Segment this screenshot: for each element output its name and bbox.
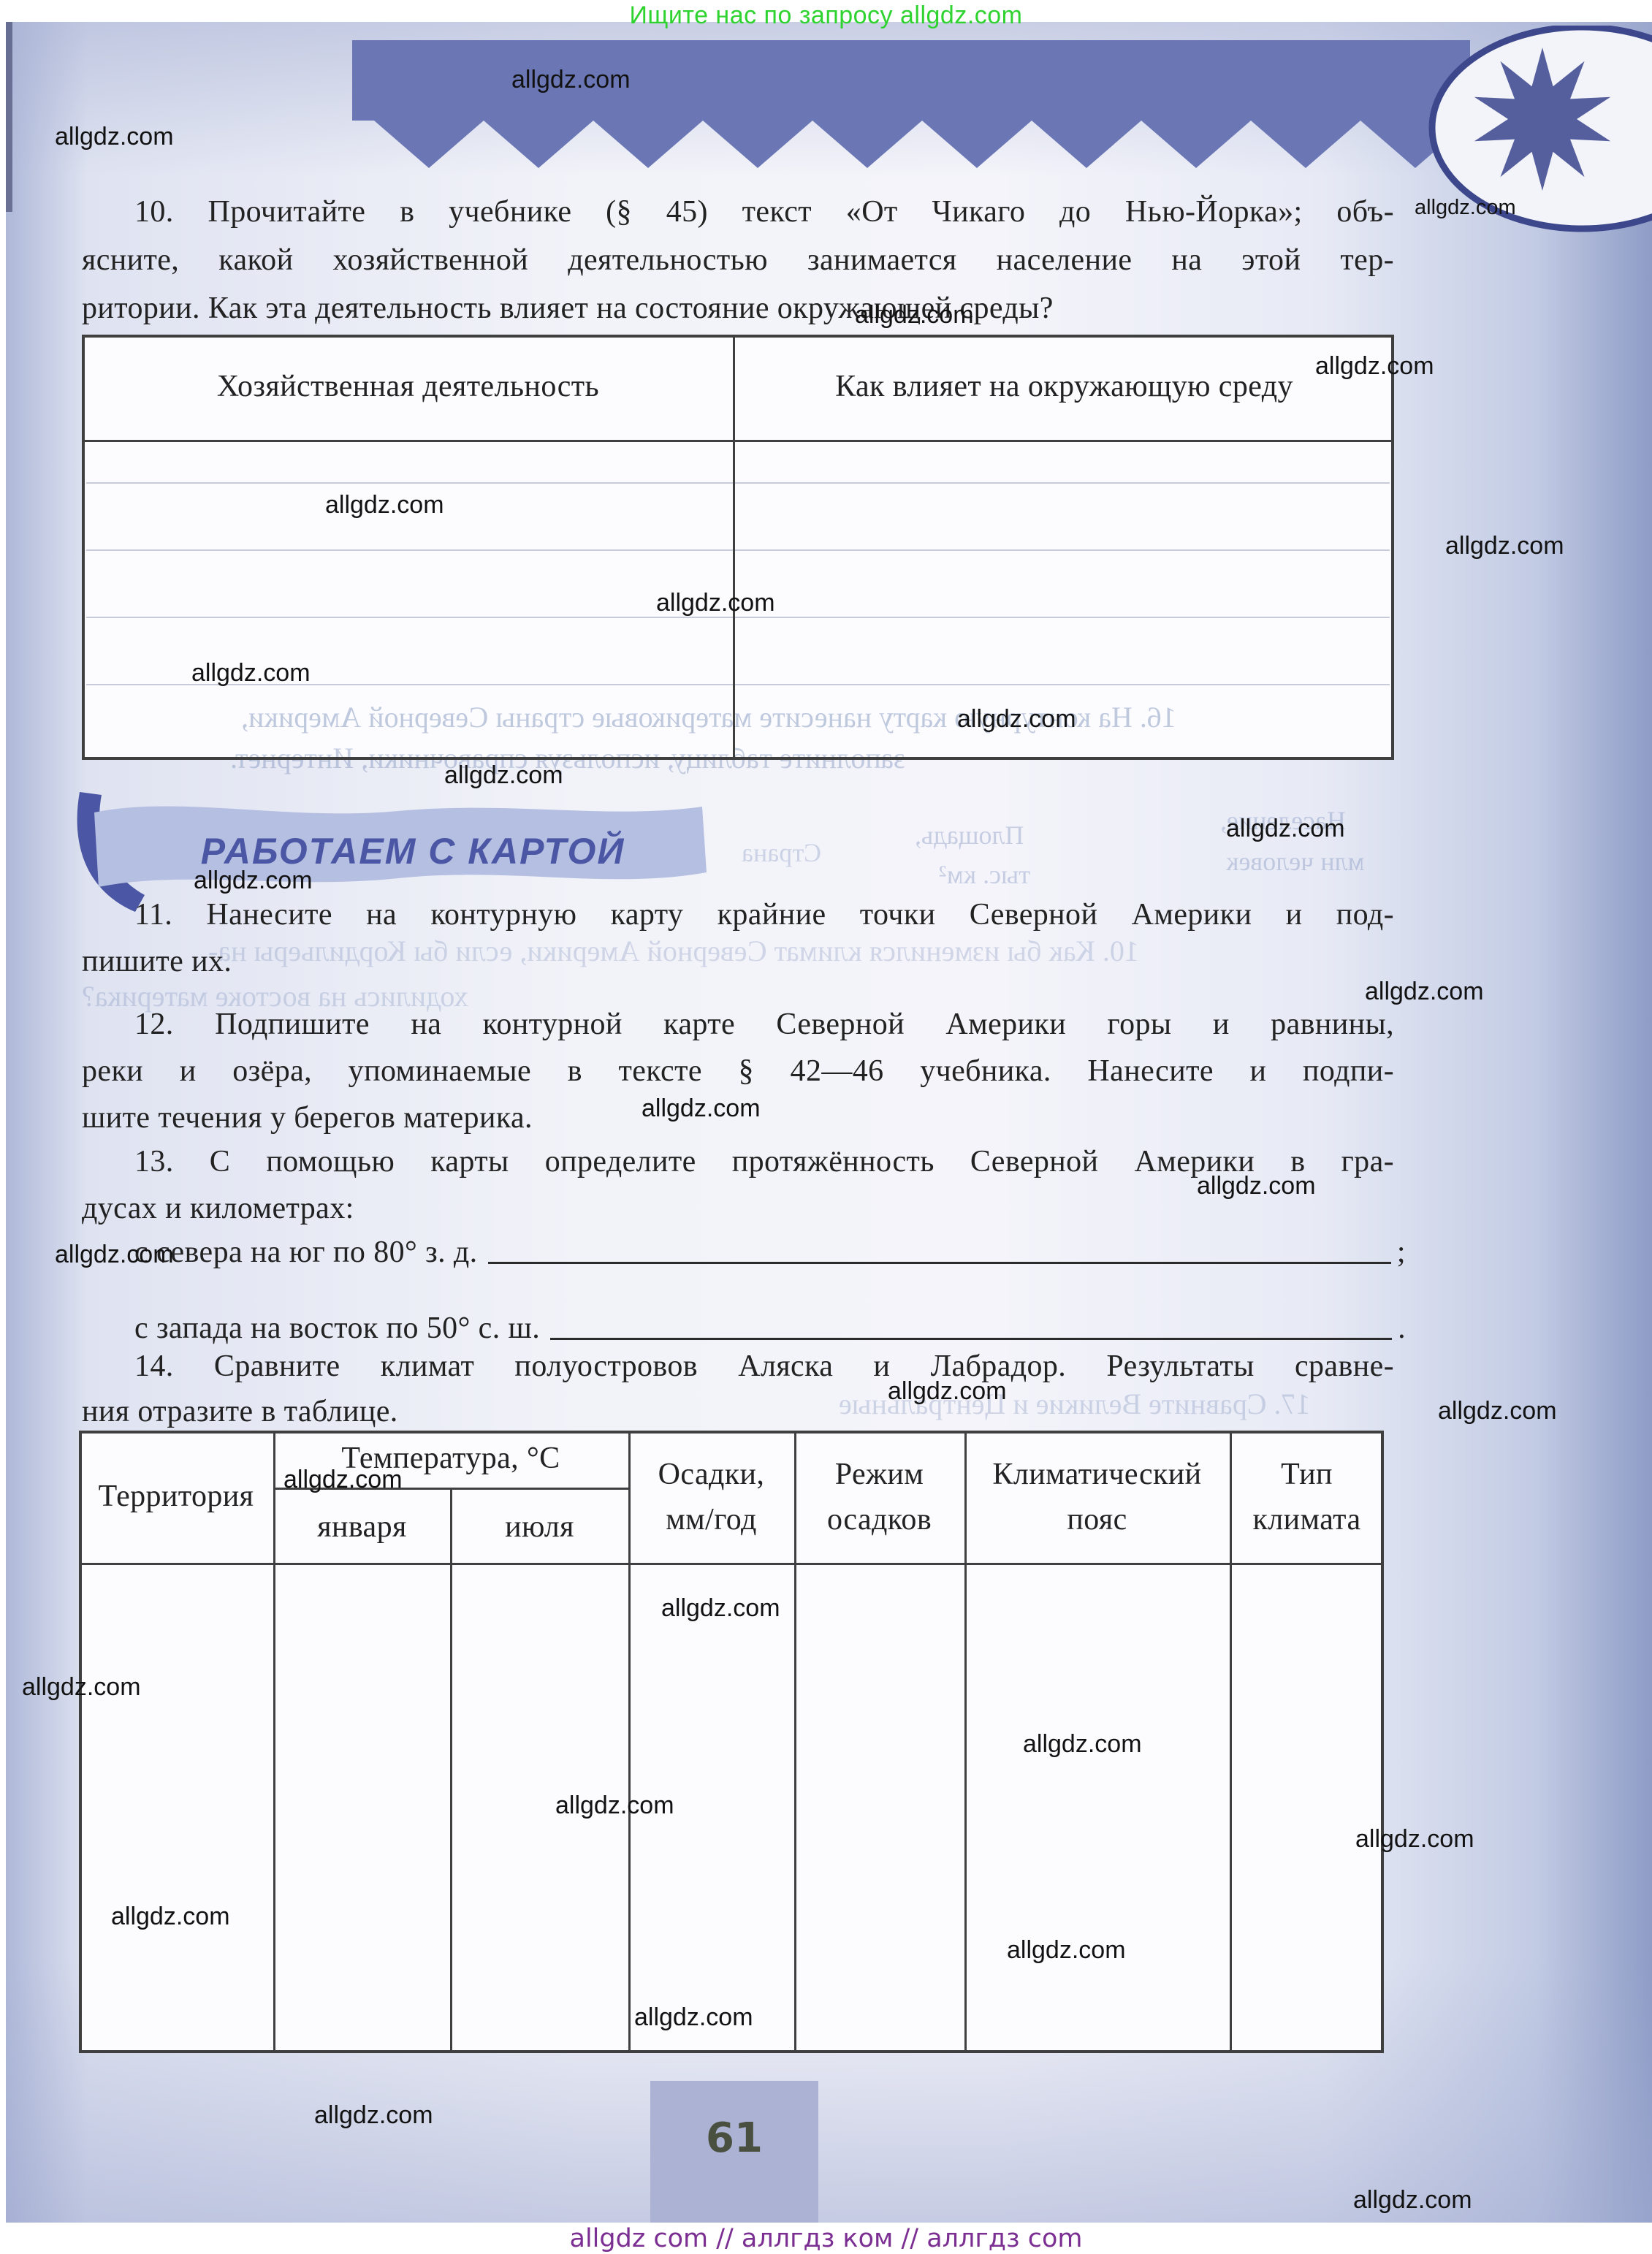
table1-header-activity: Хозяйственная деятельность — [82, 369, 734, 404]
table2-header-january: января — [273, 1509, 451, 1545]
task-text-line: ния отразите в таблице. — [82, 1394, 1394, 1429]
watermark: allgdz.com — [634, 2003, 753, 2032]
watermark: allgdz.com — [1315, 352, 1434, 381]
bleedthrough-text: Страна — [742, 837, 821, 868]
ruled-line — [86, 482, 1390, 484]
footer-note: allgdz com // аллгдз ком // аллгдз com — [0, 2224, 1652, 2253]
watermark: allgdz.com — [314, 2101, 433, 2130]
fill-line-label: с севера на юг по 80° з. д. — [134, 1235, 478, 1270]
table2-header-type-1: Тип — [1230, 1457, 1384, 1492]
table1-border-bottom — [82, 757, 1394, 760]
table2-header-territory: Территория — [79, 1479, 273, 1514]
task-text-line: ритории. Как эта деятельность влияет на … — [82, 291, 1394, 326]
fill-line-punctuation: . — [1398, 1311, 1406, 1346]
task-text-line: пишите их. — [82, 944, 1394, 979]
table2-border-left — [79, 1431, 82, 2053]
watermark: allgdz.com — [194, 867, 313, 895]
watermark: allgdz.com — [1415, 196, 1516, 220]
task-text-line: 11. Нанесите на контурную карту крайние … — [134, 897, 1394, 932]
answer-blank-line — [550, 1337, 1392, 1340]
zigzag-band — [352, 40, 1470, 172]
scanned-workbook-page: Ищите нас по запросу allgdz.com 16. На к… — [0, 0, 1652, 2254]
watermark: allgdz.com — [1445, 532, 1564, 560]
table2-header-type-2: климата — [1230, 1502, 1384, 1537]
table2-header-precip-2: мм/год — [628, 1502, 794, 1537]
watermark: allgdz.com — [888, 1377, 1007, 1406]
watermark: allgdz.com — [1365, 978, 1484, 1006]
watermark: allgdz.com — [555, 1792, 674, 1820]
table2-header-belt-1: Климатический — [964, 1457, 1230, 1492]
ruled-line — [86, 549, 1390, 551]
fill-in-line: с севера на юг по 80° з. д.; — [134, 1235, 1406, 1270]
banner-label: РАБОТАЕМ С КАРТОЙ — [201, 830, 625, 872]
task-text-line: 14. Сравните климат полуостровов Аляска … — [134, 1349, 1394, 1384]
watermark: allgdz.com — [283, 1466, 403, 1494]
watermark: allgdz.com — [1353, 2186, 1472, 2215]
answer-blank-line — [488, 1261, 1391, 1264]
task-text-line: 12. Подпишите на контурной карте Северно… — [134, 1007, 1394, 1042]
watermark: allgdz.com — [444, 761, 563, 790]
page-left-edge-shadow — [6, 22, 12, 212]
watermark: allgdz.com — [1438, 1397, 1557, 1425]
watermark: allgdz.com — [656, 589, 775, 617]
bleedthrough-text: тыс. км² — [939, 859, 1030, 890]
task-text-line: 10. Прочитайте в учебнике (§ 45) текст «… — [134, 194, 1394, 229]
watermark: allgdz.com — [191, 659, 311, 688]
watermark: allgdz.com — [957, 705, 1076, 734]
watermark: allgdz.com — [642, 1094, 761, 1123]
table1-header-separator — [82, 440, 1394, 442]
table2-header-precip-1: Осадки, — [628, 1457, 794, 1492]
watermark: allgdz.com — [22, 1673, 141, 1702]
top-search-note: Ищите нас по запросу allgdz.com — [0, 1, 1652, 30]
table2-divider-jan-jul — [450, 1488, 452, 2053]
watermark: allgdz.com — [661, 1594, 780, 1623]
task-text-line: ясните, какой хозяйственной деятельность… — [82, 243, 1394, 278]
work-with-map-banner: РАБОТАЕМ С КАРТОЙ — [69, 791, 712, 915]
watermark: allgdz.com — [325, 491, 444, 519]
fill-line-punctuation: ; — [1397, 1235, 1406, 1270]
watermark: allgdz.com — [1355, 1825, 1474, 1854]
watermark: allgdz.com — [855, 301, 974, 330]
fill-in-line: с запада на восток по 50° с. ш.. — [134, 1311, 1406, 1346]
table1-border-top — [82, 335, 1394, 338]
watermark: allgdz.com — [511, 66, 631, 94]
watermark: allgdz.com — [1226, 815, 1345, 843]
table2-header-regime-2: осадков — [794, 1502, 964, 1537]
task-text-line: реки и озёра, упоминаемые в тексте § 42—… — [82, 1054, 1394, 1089]
watermark: allgdz.com — [1007, 1936, 1126, 1965]
table2-header-belt-2: пояс — [964, 1502, 1230, 1537]
watermark: allgdz.com — [1197, 1172, 1316, 1200]
table2-header-regime-1: Режим — [794, 1457, 964, 1492]
table2-header-july: июля — [451, 1509, 628, 1545]
watermark: allgdz.com — [111, 1903, 230, 1931]
watermark: allgdz.com — [1023, 1730, 1142, 1759]
fill-line-label: с запада на восток по 50° с. ш. — [134, 1311, 540, 1346]
watermark: allgdz.com — [55, 1241, 174, 1269]
watermark: allgdz.com — [55, 123, 174, 151]
table1-header-impact: Как влияет на окружающую среду — [734, 369, 1394, 404]
bleedthrough-text: Площадь, — [915, 820, 1024, 850]
bleedthrough-text: млн человек — [1226, 846, 1364, 877]
page-number: 61 — [650, 2114, 818, 2162]
